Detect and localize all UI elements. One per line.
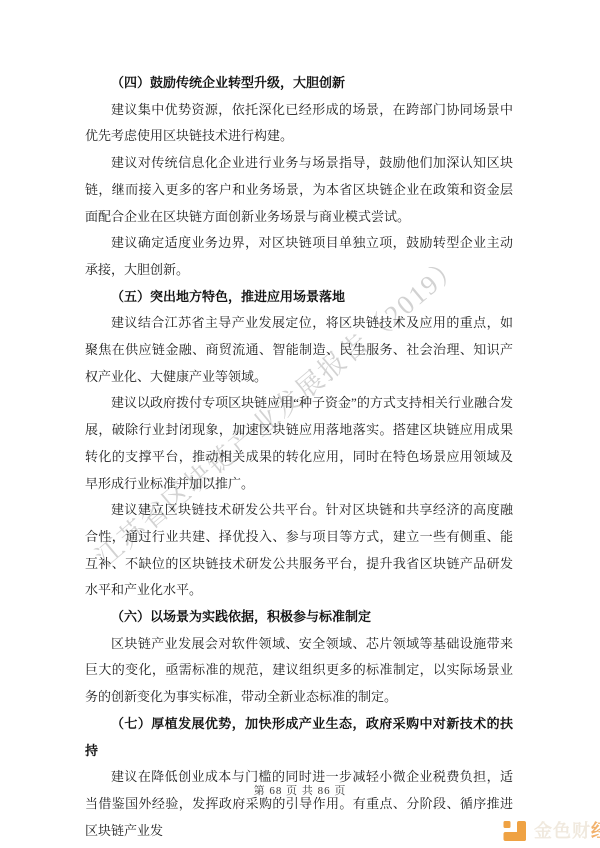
- paragraph: 建议对传统信息化企业进行业务与场景指导，鼓励他们加深认知区块链，继而接入更多的客…: [85, 150, 513, 230]
- paragraph: 建议以政府拨付专项区块链应用“种子资金”的方式支持相关行业融合发展，破除行业封闭…: [85, 390, 513, 497]
- page-footer: 第 68 页 共 86 页: [0, 782, 600, 798]
- section-heading: （六）以场景为实践依据，积极参与标准制定: [85, 604, 513, 631]
- document-page: 江苏省区块链产业发展报告（2019） （四）鼓励传统企业转型升级，大胆创新 建议…: [0, 0, 600, 848]
- paragraph: 建议在降低创业成本与门槛的同时进一步减轻小微企业税费负担，适当借鉴国外经验，发挥…: [85, 764, 513, 844]
- jinse-blocks-icon: [502, 819, 528, 843]
- paragraph: 建议集中优势资源，依托深化已经形成的场景，在跨部门协同场景中优先考虑使用区块链技…: [85, 97, 513, 150]
- logo-text: 金色财经: [534, 818, 600, 844]
- paragraph: 区块链产业发展会对软件领域、安全领域、芯片领域等基础设施带来巨大的变化，亟需标准…: [85, 631, 513, 711]
- section-heading: （七）厚植发展优势，加快形成产业生态，政府采购中对新技术的扶持: [85, 711, 513, 764]
- paragraph: 建议结合江苏省主导产业发展定位，将区块链技术及应用的重点，如聚焦在供应链金融、商…: [85, 310, 513, 390]
- section-heading: （五）突出地方特色，推进应用场景落地: [85, 284, 513, 311]
- section-7: （七）厚植发展优势，加快形成产业生态，政府采购中对新技术的扶持 建议在降低创业成…: [85, 711, 513, 845]
- document-content: （四）鼓励传统企业转型升级，大胆创新 建议集中优势资源，依托深化已经形成的场景，…: [85, 70, 513, 844]
- section-4: （四）鼓励传统企业转型升级，大胆创新 建议集中优势资源，依托深化已经形成的场景，…: [85, 70, 513, 284]
- section-heading: （四）鼓励传统企业转型升级，大胆创新: [85, 70, 513, 97]
- paragraph: 建议建立区块链技术研发公共平台。针对区块链和共享经济的高度融合性，通过行业共建、…: [85, 497, 513, 604]
- paragraph: 建议确定适度业务边界，对区块链项目单独立项，鼓励转型企业主动承接，大胆创新。: [85, 230, 513, 283]
- section-5: （五）突出地方特色，推进应用场景落地 建议结合江苏省主导产业发展定位，将区块链技…: [85, 284, 513, 604]
- logo-text-light: 金色财: [534, 821, 591, 841]
- section-6: （六）以场景为实践依据，积极参与标准制定 区块链产业发展会对软件领域、安全领域、…: [85, 604, 513, 711]
- page-number: 第 68 页 共 86 页: [254, 785, 347, 797]
- jinse-finance-logo: 金色财经: [502, 818, 600, 844]
- logo-text-accent: 经: [591, 821, 600, 841]
